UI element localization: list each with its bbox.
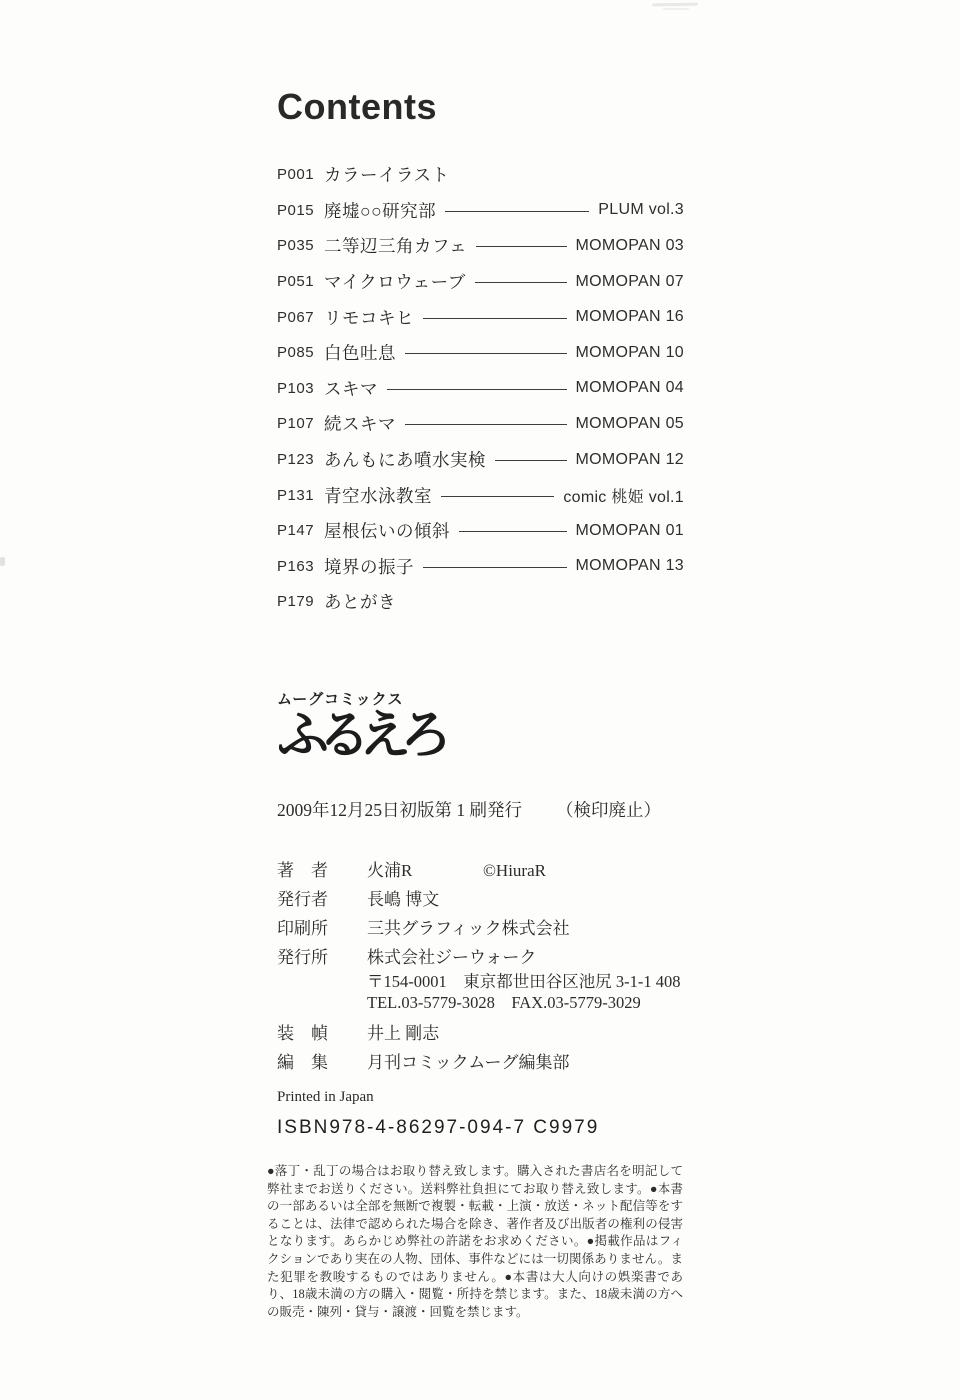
toc-page-number: P103 [277, 380, 324, 397]
toc-row: P035 二等辺三角カフェ MOMOPAN 03 [277, 228, 684, 264]
toc-page-number: P015 [277, 202, 324, 219]
toc-leader-line [459, 531, 567, 532]
toc-leader-line [475, 282, 567, 283]
toc-leader-line [405, 353, 567, 354]
legal-notice: ●落丁・乱丁の場合はお取り替え致します。購入された書店名を明記して弊社までお送り… [267, 1163, 683, 1321]
toc-source: MOMOPAN 07 [576, 273, 685, 291]
publisher-label: 発行者 [277, 885, 367, 914]
toc-leader-line [441, 496, 554, 497]
toc-page-number: P179 [277, 593, 324, 610]
toc-leader-line [387, 389, 567, 390]
toc-title: 続スキマ [324, 411, 396, 436]
toc-source: MOMOPAN 13 [576, 557, 685, 575]
toc-row: P147 屋根伝いの傾斜 MOMOPAN 01 [277, 513, 684, 549]
toc-row: P085 白色吐息 MOMOPAN 10 [277, 335, 684, 371]
toc-title: 屋根伝いの傾斜 [324, 518, 450, 543]
toc-row: P051 マイクロウェーブ MOMOPAN 07 [277, 264, 684, 300]
printer-label: 印刷所 [277, 914, 367, 943]
toc-title: あとがき [324, 589, 396, 614]
toc-leader-line [423, 567, 567, 568]
toc-row: P163 境界の振子 MOMOPAN 13 [277, 549, 684, 585]
toc-row: P001 カラーイラスト [277, 157, 684, 193]
toc-title: カラーイラスト [324, 162, 449, 187]
edition-date: 2009年12月25日初版第 1 刷発行 [277, 800, 522, 820]
toc-row: P103 スキマ MOMOPAN 04 [277, 371, 684, 407]
toc-page-number: P147 [277, 522, 324, 539]
editing-name: 月刊コミックムーグ編集部 [367, 1053, 569, 1072]
colophon-row-design: 装 幀井上 剛志 [277, 1019, 684, 1048]
toc-source: comic 桃姫 vol.1 [563, 484, 684, 507]
colophon-row-office: 発行所株式会社ジーウォーク [277, 943, 684, 972]
table-of-contents: P001 カラーイラスト P015 廃墟○○研究部 PLUM vol.3 P03… [277, 157, 684, 620]
toc-title: あんもにあ噴水実検 [324, 447, 486, 472]
colophon: 著 者火浦R©HiuraR 発行者長嶋 博文 印刷所三共グラフィック株式会社 発… [277, 856, 684, 1077]
series-label: ムーグコミックス [277, 688, 684, 709]
colophon-row-author: 著 者火浦R©HiuraR [277, 856, 684, 885]
printed-in-japan: Printed in Japan [277, 1089, 684, 1106]
scan-artifact [652, 3, 698, 7]
toc-title: リモコキヒ [324, 305, 414, 330]
designer-name: 井上 剛志 [367, 1024, 439, 1043]
toc-title: 白色吐息 [324, 340, 396, 365]
toc-source: MOMOPAN 01 [576, 522, 685, 540]
toc-row: P067 リモコキヒ MOMOPAN 16 [277, 299, 684, 335]
toc-row: P131 青空水泳教室 comic 桃姫 vol.1 [277, 477, 684, 513]
publisher-tel-fax: TEL.03-5779-3028 FAX.03-5779-3029 [277, 993, 684, 1014]
toc-leader-line [423, 318, 567, 319]
toc-leader-line [495, 460, 567, 461]
toc-page-number: P067 [277, 309, 324, 326]
edition-note: （検印廃止） [556, 800, 661, 820]
contents-heading: Contents [277, 86, 684, 128]
toc-source: MOMOPAN 16 [576, 308, 685, 326]
book-title: ふるえろ [277, 708, 684, 764]
toc-page-number: P107 [277, 415, 324, 432]
editing-label: 編 集 [277, 1048, 367, 1077]
office-name: 株式会社ジーウォーク [367, 948, 536, 967]
scan-artifact [0, 557, 5, 566]
toc-source: MOMOPAN 10 [576, 344, 685, 362]
scan-artifact [663, 8, 689, 10]
toc-title: 境界の振子 [324, 554, 414, 579]
isbn-code: ISBN978-4-86297-094-7 C9979 [277, 1117, 684, 1139]
toc-page-number: P131 [277, 487, 324, 504]
printer-name: 三共グラフィック株式会社 [367, 919, 570, 938]
toc-leader-line [445, 211, 589, 212]
toc-source: MOMOPAN 12 [576, 451, 685, 469]
edition-line: 2009年12月25日初版第 1 刷発行（検印廃止） [277, 797, 684, 822]
copyright-credit: ©HiuraR [483, 861, 546, 880]
design-label: 装 幀 [277, 1019, 367, 1048]
toc-title: スキマ [324, 376, 378, 401]
toc-source: PLUM vol.3 [598, 201, 684, 219]
toc-page-number: P051 [277, 273, 324, 290]
toc-row: P015 廃墟○○研究部 PLUM vol.3 [277, 193, 684, 229]
author-name: 火浦R [367, 856, 483, 885]
colophon-row-publisher: 発行者長嶋 博文 [277, 885, 684, 914]
toc-title: 二等辺三角カフェ [324, 233, 467, 258]
toc-page-number: P085 [277, 344, 324, 361]
author-label: 著 者 [277, 856, 367, 885]
toc-source: MOMOPAN 03 [576, 237, 685, 255]
toc-page-number: P163 [277, 558, 324, 575]
toc-row: P179 あとがき [277, 584, 684, 620]
toc-page-number: P001 [277, 166, 324, 183]
toc-row: P123 あんもにあ噴水実検 MOMOPAN 12 [277, 442, 684, 478]
toc-row: P107 続スキマ MOMOPAN 05 [277, 406, 684, 442]
toc-source: MOMOPAN 05 [576, 415, 685, 433]
toc-leader-line [405, 424, 567, 425]
toc-leader-line [476, 246, 566, 247]
colophon-row-editing: 編 集月刊コミックムーグ編集部 [277, 1048, 684, 1077]
toc-title: マイクロウェーブ [324, 269, 466, 294]
colophon-row-printer: 印刷所三共グラフィック株式会社 [277, 914, 684, 943]
publisher-address: 〒154-0001 東京都世田谷区池尻 3-1-1 408 [277, 972, 684, 993]
toc-source: MOMOPAN 04 [576, 379, 685, 397]
toc-page-number: P123 [277, 451, 324, 468]
publisher-name: 長嶋 博文 [367, 890, 439, 909]
toc-page-number: P035 [277, 237, 324, 254]
office-label: 発行所 [277, 943, 367, 972]
toc-title: 廃墟○○研究部 [324, 198, 436, 223]
toc-title: 青空水泳教室 [324, 483, 432, 508]
